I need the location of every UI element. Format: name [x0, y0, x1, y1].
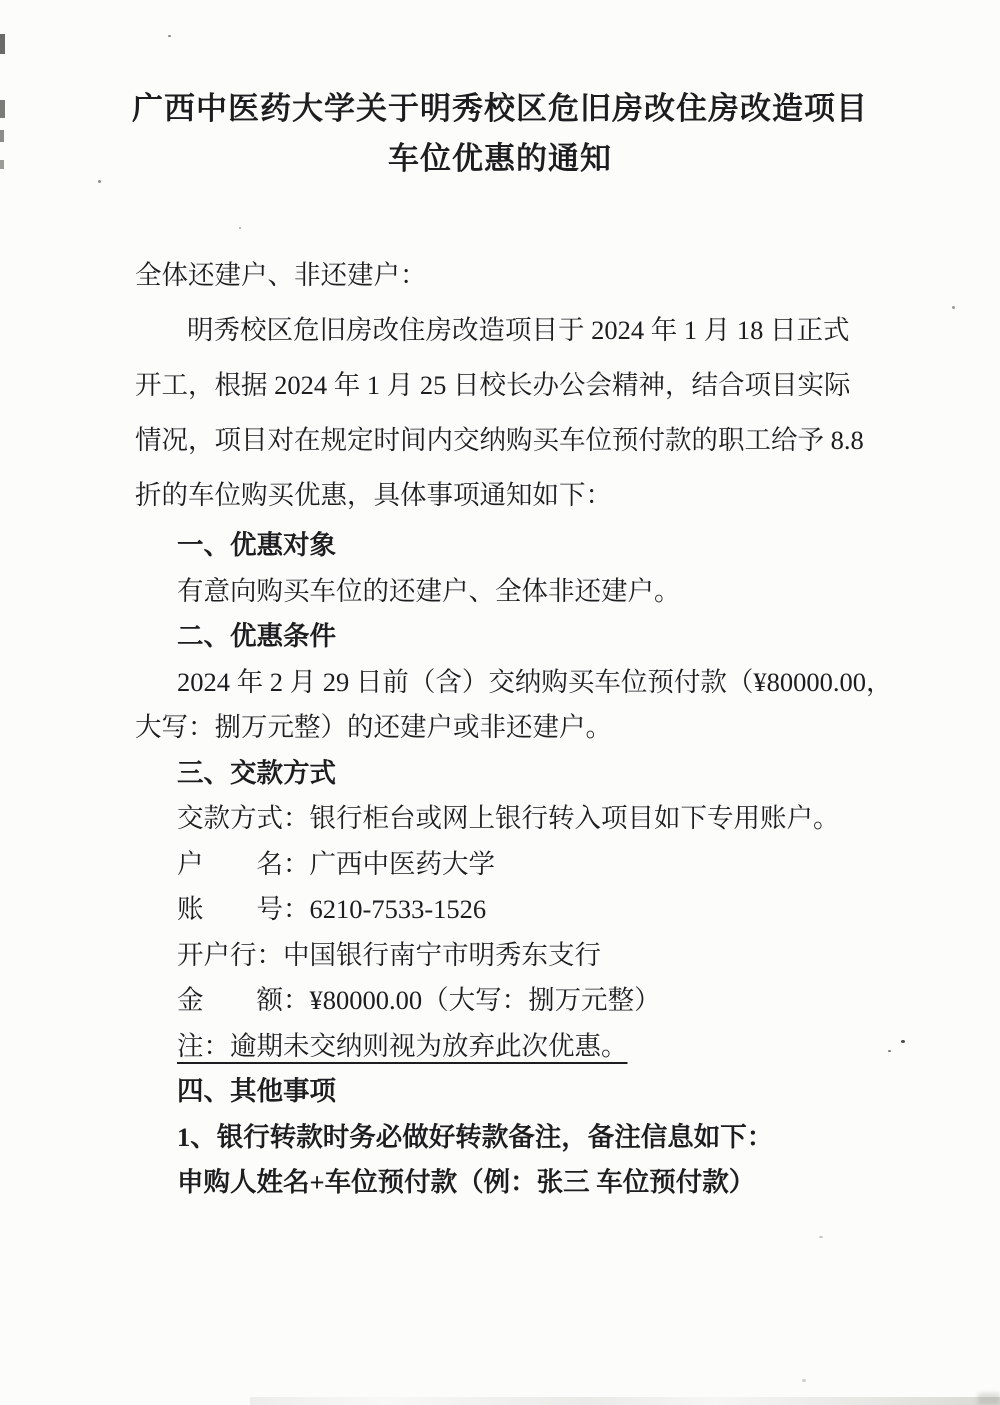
section3-intro: 交款方式：银行柜台或网上银行转入项目如下专用账户。	[135, 796, 890, 842]
sections: 一、优惠对象 有意向购买车位的还建户、全体非还建户。 二、优惠条件 2024 年…	[135, 523, 890, 1206]
section4-heading: 四、其他事项	[135, 1069, 890, 1115]
scan-edge-mark	[0, 100, 5, 118]
scan-speck	[901, 1040, 905, 1043]
section1-heading: 一、优惠对象	[135, 523, 890, 569]
notice-body: 全体还建户、非还建户： 明秀校区危旧房改住房改造项目于 2024 年 1 月 1…	[135, 248, 890, 1206]
section2-line2: 大写：捌万元整）的还建户或非还建户。	[135, 705, 890, 751]
scan-speck	[888, 1050, 891, 1052]
scan-speck	[239, 227, 241, 229]
scan-corner-blotch	[978, 1393, 1000, 1405]
scan-edge-mark	[0, 160, 4, 169]
scan-speck	[819, 1236, 823, 1238]
account-name-value: 广西中医药大学	[310, 849, 496, 879]
bank-branch-label: 开户行：	[177, 940, 283, 970]
scan-edge-mark	[0, 130, 4, 142]
section1-body: 有意向购买车位的还建户、全体非还建户。	[135, 569, 890, 615]
section2-heading: 二、优惠条件	[135, 614, 890, 660]
intro-line: 折的车位购买优惠，具体事项通知如下：	[135, 468, 890, 523]
notice-title: 广西中医药大学关于明秀校区危旧房改住房改造项目 车位优惠的通知	[0, 84, 1000, 184]
scan-speck	[168, 35, 171, 37]
account-number-label: 账 号：	[177, 894, 310, 924]
section3-heading: 三、交款方式	[135, 751, 890, 797]
section2-line1: 2024 年 2 月 29 日前（含）交纳购买车位预付款（¥80000.00，	[135, 660, 890, 706]
section4-item1: 1、银行转款时务必做好转款备注，备注信息如下：	[135, 1115, 890, 1161]
scan-speck	[98, 180, 101, 183]
account-name-row: 户 名：广西中医药大学	[135, 842, 890, 888]
scan-edge-mark	[0, 34, 5, 54]
intro-paragraph: 全体还建户、非还建户： 明秀校区危旧房改住房改造项目于 2024 年 1 月 1…	[135, 248, 890, 523]
amount-label: 金 额：	[177, 985, 310, 1015]
deadline-note-row: 注：逾期未交纳则视为放弃此次优惠。	[135, 1024, 890, 1070]
scan-bottom-band	[250, 1397, 1000, 1405]
salutation: 全体还建户、非还建户：	[135, 248, 890, 303]
scan-speck	[952, 306, 955, 309]
account-number-row: 账 号：6210-7533-1526	[135, 887, 890, 933]
intro-line: 明秀校区危旧房改住房改造项目于 2024 年 1 月 18 日正式	[135, 303, 890, 358]
account-name-label: 户 名：	[177, 849, 310, 879]
amount-value: ¥80000.00（大写：捌万元整）	[310, 985, 661, 1015]
deadline-note: 注：逾期未交纳则视为放弃此次优惠。	[177, 1031, 628, 1061]
scan-speck	[802, 1379, 806, 1382]
amount-row: 金 额：¥80000.00（大写：捌万元整）	[135, 978, 890, 1024]
intro-line: 情况，项目对在规定时间内交纳购买车位预付款的职工给予 8.8	[135, 413, 890, 468]
intro-line: 开工，根据 2024 年 1 月 25 日校长办公会精神，结合项目实际	[135, 358, 890, 413]
bank-branch-row: 开户行：中国银行南宁市明秀东支行	[135, 933, 890, 979]
notice-title-line1: 广西中医药大学关于明秀校区危旧房改住房改造项目	[0, 84, 1000, 134]
notice-title-line2: 车位优惠的通知	[0, 134, 1000, 184]
section4-item2: 申购人姓名+车位预付款（例：张三 车位预付款）	[135, 1160, 890, 1206]
account-number-value: 6210-7533-1526	[310, 894, 487, 924]
notice-page: 广西中医药大学关于明秀校区危旧房改住房改造项目 车位优惠的通知 全体还建户、非还…	[0, 0, 1000, 1405]
bank-branch-value: 中国银行南宁市明秀东支行	[283, 940, 601, 970]
